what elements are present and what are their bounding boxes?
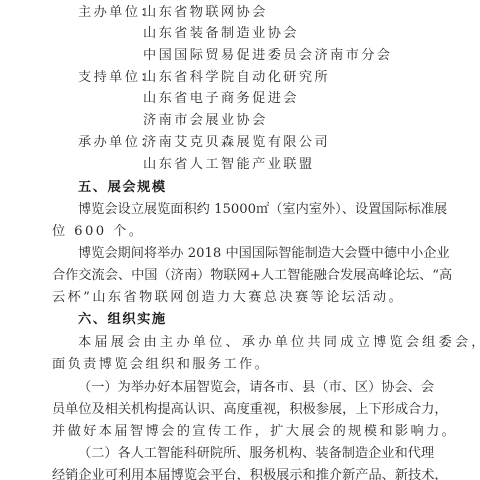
- section-6-p1-line1: 本届展会由主办单位、承办单位共同成立博览会组委会，全: [78, 335, 480, 351]
- section-6-p2-line1: （一）为举办好本届智览会，请各市、县（市、区）协会、会: [78, 380, 428, 396]
- support-org-2: 山东省电子商务促进会: [143, 91, 299, 107]
- section-5-heading: 五、展会规模: [78, 180, 167, 196]
- host-org-1: 山东省物联网协会: [143, 5, 268, 21]
- section-6-p1-line2: 面负责博览会组织和服务工作。: [52, 357, 270, 373]
- section-5-p1-line1: 博览会设立展览面积约 15000㎡（室内室外）、设置国际标准展: [78, 202, 428, 218]
- undertaker-org-1: 济南艾克贝森展览有限公司: [143, 135, 330, 151]
- section-6-p2-line3: 并做好本届智博会的宣传工作，扩大展会的规模和影响力。: [52, 424, 457, 440]
- section-5-p1-line2: 位 600 个。: [52, 224, 144, 240]
- section-6-p3-line2: 经销企业可利用本届博览会平台，积极展示和推介新产品、新技术，: [52, 468, 428, 480]
- support-org-1: 山东省科学院自动化研究所: [143, 70, 330, 86]
- host-org-2: 山东省装备制造业协会: [143, 26, 299, 42]
- section-6-p3-line1: （二）各人工智能科研院所、服务机构、装备制造企业和代理: [78, 446, 428, 462]
- section-5-p2-line1: 博览会期间将举办 2018 中国国际智能制造大会暨中德中小企业: [78, 246, 428, 262]
- section-5-p2-line3: 云杯”山东省物联网创造力大赛总决赛等论坛活动。: [52, 290, 404, 306]
- undertaker-org-2: 山东省人工智能产业联盟: [143, 157, 314, 173]
- host-org-3: 中国国际贸易促进委员会济南市分会: [143, 48, 392, 64]
- section-6-heading: 六、组织实施: [78, 312, 167, 328]
- section-6-p2-line2: 员单位及相关机构提高认识、高度重视，积极参展，上下形成合力，: [52, 402, 428, 418]
- support-org-3: 济南市会展业协会: [143, 113, 268, 129]
- section-5-p2-line2: 合作交流会、中国（济南）物联网+人工智能融合发展高峰论坛、“高: [52, 268, 428, 284]
